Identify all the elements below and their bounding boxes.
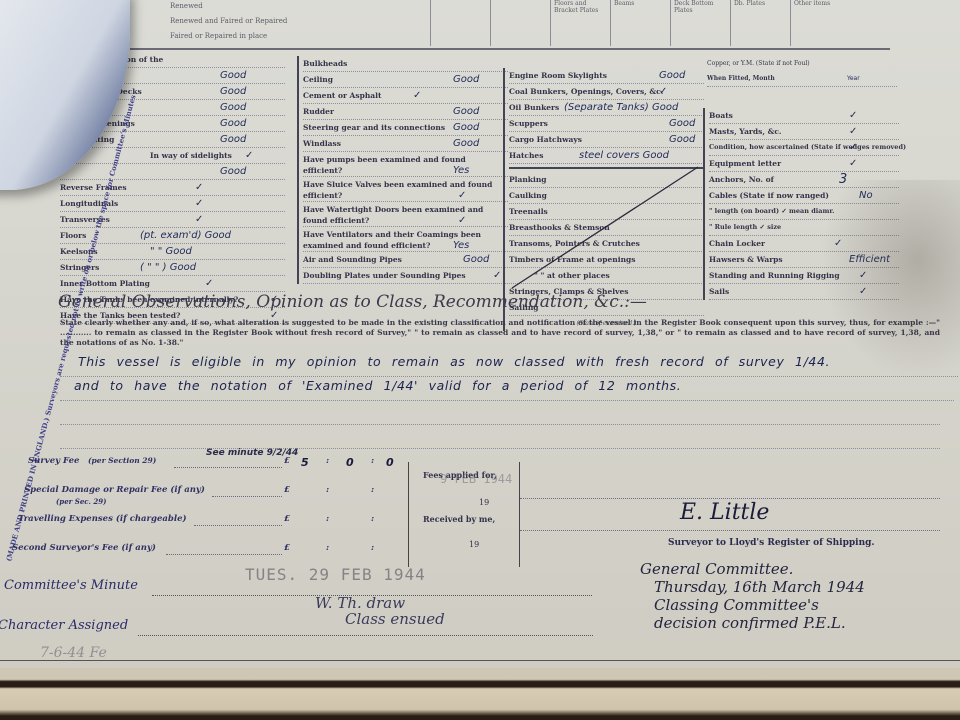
field-value: Yes	[453, 165, 469, 176]
field-value: Good	[220, 84, 246, 99]
column-header: Beams	[610, 0, 670, 46]
field-row: " Rule length ✓ size	[709, 220, 899, 236]
fee-shillings: 0	[346, 456, 354, 469]
field-row: RudderGood	[303, 104, 508, 120]
check-icon: ✓	[413, 88, 421, 103]
character-assigned-row: Character Assigned	[0, 618, 128, 642]
field-row: Have Ventilators and their Coamings been…	[303, 227, 508, 252]
field-value: 3	[839, 172, 847, 187]
check-icon: ✓	[195, 212, 203, 227]
field-row: Air and Sounding PipesGood	[303, 252, 508, 268]
received-year: 19	[469, 540, 479, 549]
check-icon: ✓	[195, 196, 203, 211]
field-row: When Fitted, MonthYear	[707, 71, 897, 87]
check-icon: ✓	[849, 108, 857, 123]
fittings-column: Bulkheads CeilingGood Cement or Asphalt✓…	[297, 56, 508, 284]
check-icon: ✓	[458, 190, 466, 201]
field-row: In way of sidelights✓	[60, 148, 285, 164]
field-value: " " Good	[150, 244, 192, 259]
field-row: Coal Bunkers, Openings, Covers, &c.✓	[509, 84, 704, 100]
check-icon: ✓	[859, 268, 867, 283]
field-row: Boats✓	[709, 108, 899, 124]
row-label-faired-in-place: Faired or Repaired in place	[170, 32, 267, 40]
general-observations-instructions: State clearly whether any and, if so, wh…	[60, 318, 940, 348]
field-row: Masts, Yards, &c.✓	[709, 124, 899, 140]
surveyor-signature: E. Little	[680, 500, 769, 525]
field-row: Cargo HatchwaysGood	[509, 132, 704, 148]
row-label-renewed-faired: Renewed and Faired or Repaired	[170, 17, 287, 25]
character-note: W. Th. draw Class ensued	[315, 595, 445, 627]
observation-line-blank	[60, 426, 940, 449]
repairs-table: Renewed Renewed and Faired or Repaired F…	[130, 0, 890, 50]
field-row: CeilingGood	[303, 72, 508, 88]
field-row: Anchors, No. of3	[709, 172, 899, 188]
field-value: ( " " ) Good	[140, 260, 196, 275]
field-value: Good	[220, 132, 246, 147]
field-row: ScuppersGood	[509, 116, 704, 132]
check-icon: ✓	[849, 156, 857, 171]
field-row: Chain Locker✓	[709, 236, 899, 252]
committee-date-stamp: TUES. 29 FEB 1944	[245, 565, 426, 584]
committee-minute-label: Committee's Minute	[4, 578, 138, 593]
observation-line-2: and to have the notation of 'Examined 1/…	[60, 378, 954, 401]
field-row: Have pumps been examined and found effic…	[303, 152, 508, 177]
field-row: Have Watertight Doors been examined and …	[303, 202, 508, 227]
field-row: Standing and Running Rigging✓	[709, 268, 899, 284]
observation-line-blank	[60, 402, 940, 425]
field-row: Bulkheads	[303, 56, 508, 72]
field-value: Efficient	[849, 252, 890, 267]
field-row: Hawsers & WarpsEfficient	[709, 252, 899, 268]
observation-line-1: This vessel is eligible in my opinion to…	[60, 354, 958, 377]
field-row: Good	[60, 164, 285, 180]
fees-section: Survey Fee (per Section 29) See minute 9…	[26, 448, 411, 564]
document-page: Renewed Renewed and Faired or Repaired F…	[0, 0, 960, 690]
field-value: Good	[453, 120, 479, 135]
check-icon: ✓	[659, 84, 667, 99]
field-value: Good	[669, 116, 695, 131]
field-row: Longitudinals✓	[60, 196, 285, 212]
field-row: Hatchessteel covers Good	[509, 148, 704, 164]
field-value: Good	[669, 132, 695, 147]
field-row: Reverse Frames✓	[60, 180, 285, 196]
strike-through-line	[510, 165, 700, 290]
field-row: WindlassGood	[303, 136, 508, 152]
field-value: (Separate Tanks) Good	[564, 100, 678, 115]
field-row: Stringers( " " ) Good	[60, 260, 285, 276]
check-icon: ✓	[245, 148, 253, 163]
field-value: Good	[659, 68, 685, 83]
fee-pence: 0	[386, 456, 394, 469]
field-row: Engine Room SkylightsGood	[509, 68, 704, 84]
column-header: Other items	[790, 0, 850, 46]
row-label-renewed: Renewed	[170, 2, 203, 10]
general-committee-note: General Committee. Thursday, 16th March …	[640, 560, 865, 632]
check-icon: ✓	[849, 124, 857, 139]
field-value: steel covers Good	[579, 148, 669, 163]
column-header	[430, 0, 490, 46]
faint-note: 7-6-44 Fe	[40, 645, 107, 661]
field-value: Good	[220, 116, 246, 131]
pound-sign: £	[284, 456, 290, 466]
received-label: Received by me,	[423, 514, 495, 524]
check-icon: ✓	[458, 215, 466, 226]
copper-block: Copper, or Y.M. (State if not Foul) When…	[703, 56, 897, 87]
field-value: Yes	[453, 240, 469, 251]
field-row: Have Sluice Valves been examined and fou…	[303, 177, 508, 202]
pound-sign: £	[284, 543, 290, 553]
field-row: Doubling Plates under Sounding Pipes✓	[303, 268, 508, 284]
field-value: Good	[220, 100, 246, 115]
check-icon: ✓	[849, 140, 857, 155]
check-icon: ✓	[493, 268, 501, 283]
field-row: " length (on board) ✓ mean diamr.	[709, 204, 899, 220]
field-value: Good	[453, 136, 479, 151]
field-value: No	[859, 188, 873, 203]
pound-sign: £	[284, 514, 290, 524]
field-row: Oil Bunkers(Separate Tanks) Good	[509, 100, 704, 116]
check-icon: ✓	[205, 276, 213, 291]
fees-date-stamp: 9 FEB 1944	[440, 472, 512, 486]
check-icon: ✓	[834, 236, 842, 251]
field-row: Copper, or Y.M. (State if not Foul)	[707, 56, 897, 71]
surveyor-label: Surveyor to Lloyd's Register of Shipping…	[668, 538, 875, 548]
field-value: Good	[220, 164, 246, 179]
column-header: Db. Plates	[730, 0, 790, 46]
fee-pounds: 5	[301, 456, 309, 469]
pound-sign: £	[284, 485, 290, 495]
field-value: Good	[463, 252, 489, 267]
character-assigned-label: Character Assigned	[0, 618, 128, 633]
field-row: Cement or Asphalt✓	[303, 88, 508, 104]
field-row: Equipment letter✓	[709, 156, 899, 172]
fees-applied-year: 19	[479, 498, 489, 507]
field-row: Inner Bottom Plating✓	[60, 276, 285, 292]
general-observations-title: General Observations, Opinion as to Clas…	[58, 292, 647, 312]
fee-row-second-surveyor: Second Surveyor's Fee (if any) £ ::	[26, 535, 411, 564]
field-row: Sails✓	[709, 284, 899, 300]
fee-row-survey: Survey Fee (per Section 29) See minute 9…	[26, 448, 411, 477]
column-header	[490, 0, 550, 46]
column-header: Deck Bottom Plates	[670, 0, 730, 46]
fee-row-travelling: Travelling Expenses (if chargeable) £ ::	[26, 506, 411, 535]
field-row: Condition, how ascertained (State if wed…	[709, 140, 899, 156]
book-page-edges	[0, 668, 960, 720]
field-row: Cables (State if now ranged)No	[709, 188, 899, 204]
repairs-columns: Floors and Bracket Plates Beams Deck Bot…	[430, 0, 850, 46]
fee-row-special-damage: Special Damage or Repair Fee (if any) (p…	[26, 477, 411, 506]
equipment-column: Boats✓ Masts, Yards, &c.✓ Condition, how…	[703, 108, 899, 300]
field-row: Steering gear and its connectionsGood	[303, 120, 508, 136]
field-value: Good	[220, 68, 246, 83]
check-icon: ✓	[195, 180, 203, 195]
field-value: Good	[453, 72, 479, 87]
column-header: Floors and Bracket Plates	[550, 0, 610, 46]
field-value: Good	[453, 104, 479, 119]
check-icon: ✓	[859, 284, 867, 299]
field-value: (pt. exam'd) Good	[140, 228, 231, 243]
committee-minute-row: Committee's Minute	[4, 578, 138, 602]
field-value: Year	[847, 71, 860, 86]
